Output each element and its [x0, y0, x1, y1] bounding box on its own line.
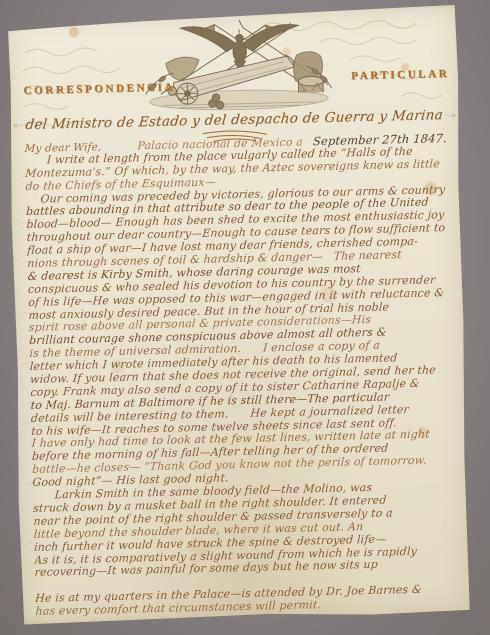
letter-sheet: CORRESPONDENCIA PARTICULAR del Ministro … [6, 5, 472, 625]
letter-lines: I write at length from the place vulgarl… [24, 145, 463, 580]
letter-body: My dear Wife, Palacio nacional de Mexico… [24, 132, 464, 619]
right-flourish-icon [445, 103, 457, 127]
eagle-trophy-engraving-icon [122, 9, 352, 114]
letter-photograph: CORRESPONDENCIA PARTICULAR del Ministro … [0, 0, 490, 635]
left-flourish-icon [12, 113, 24, 137]
letterhead-particular-label: PARTICULAR [351, 68, 449, 82]
